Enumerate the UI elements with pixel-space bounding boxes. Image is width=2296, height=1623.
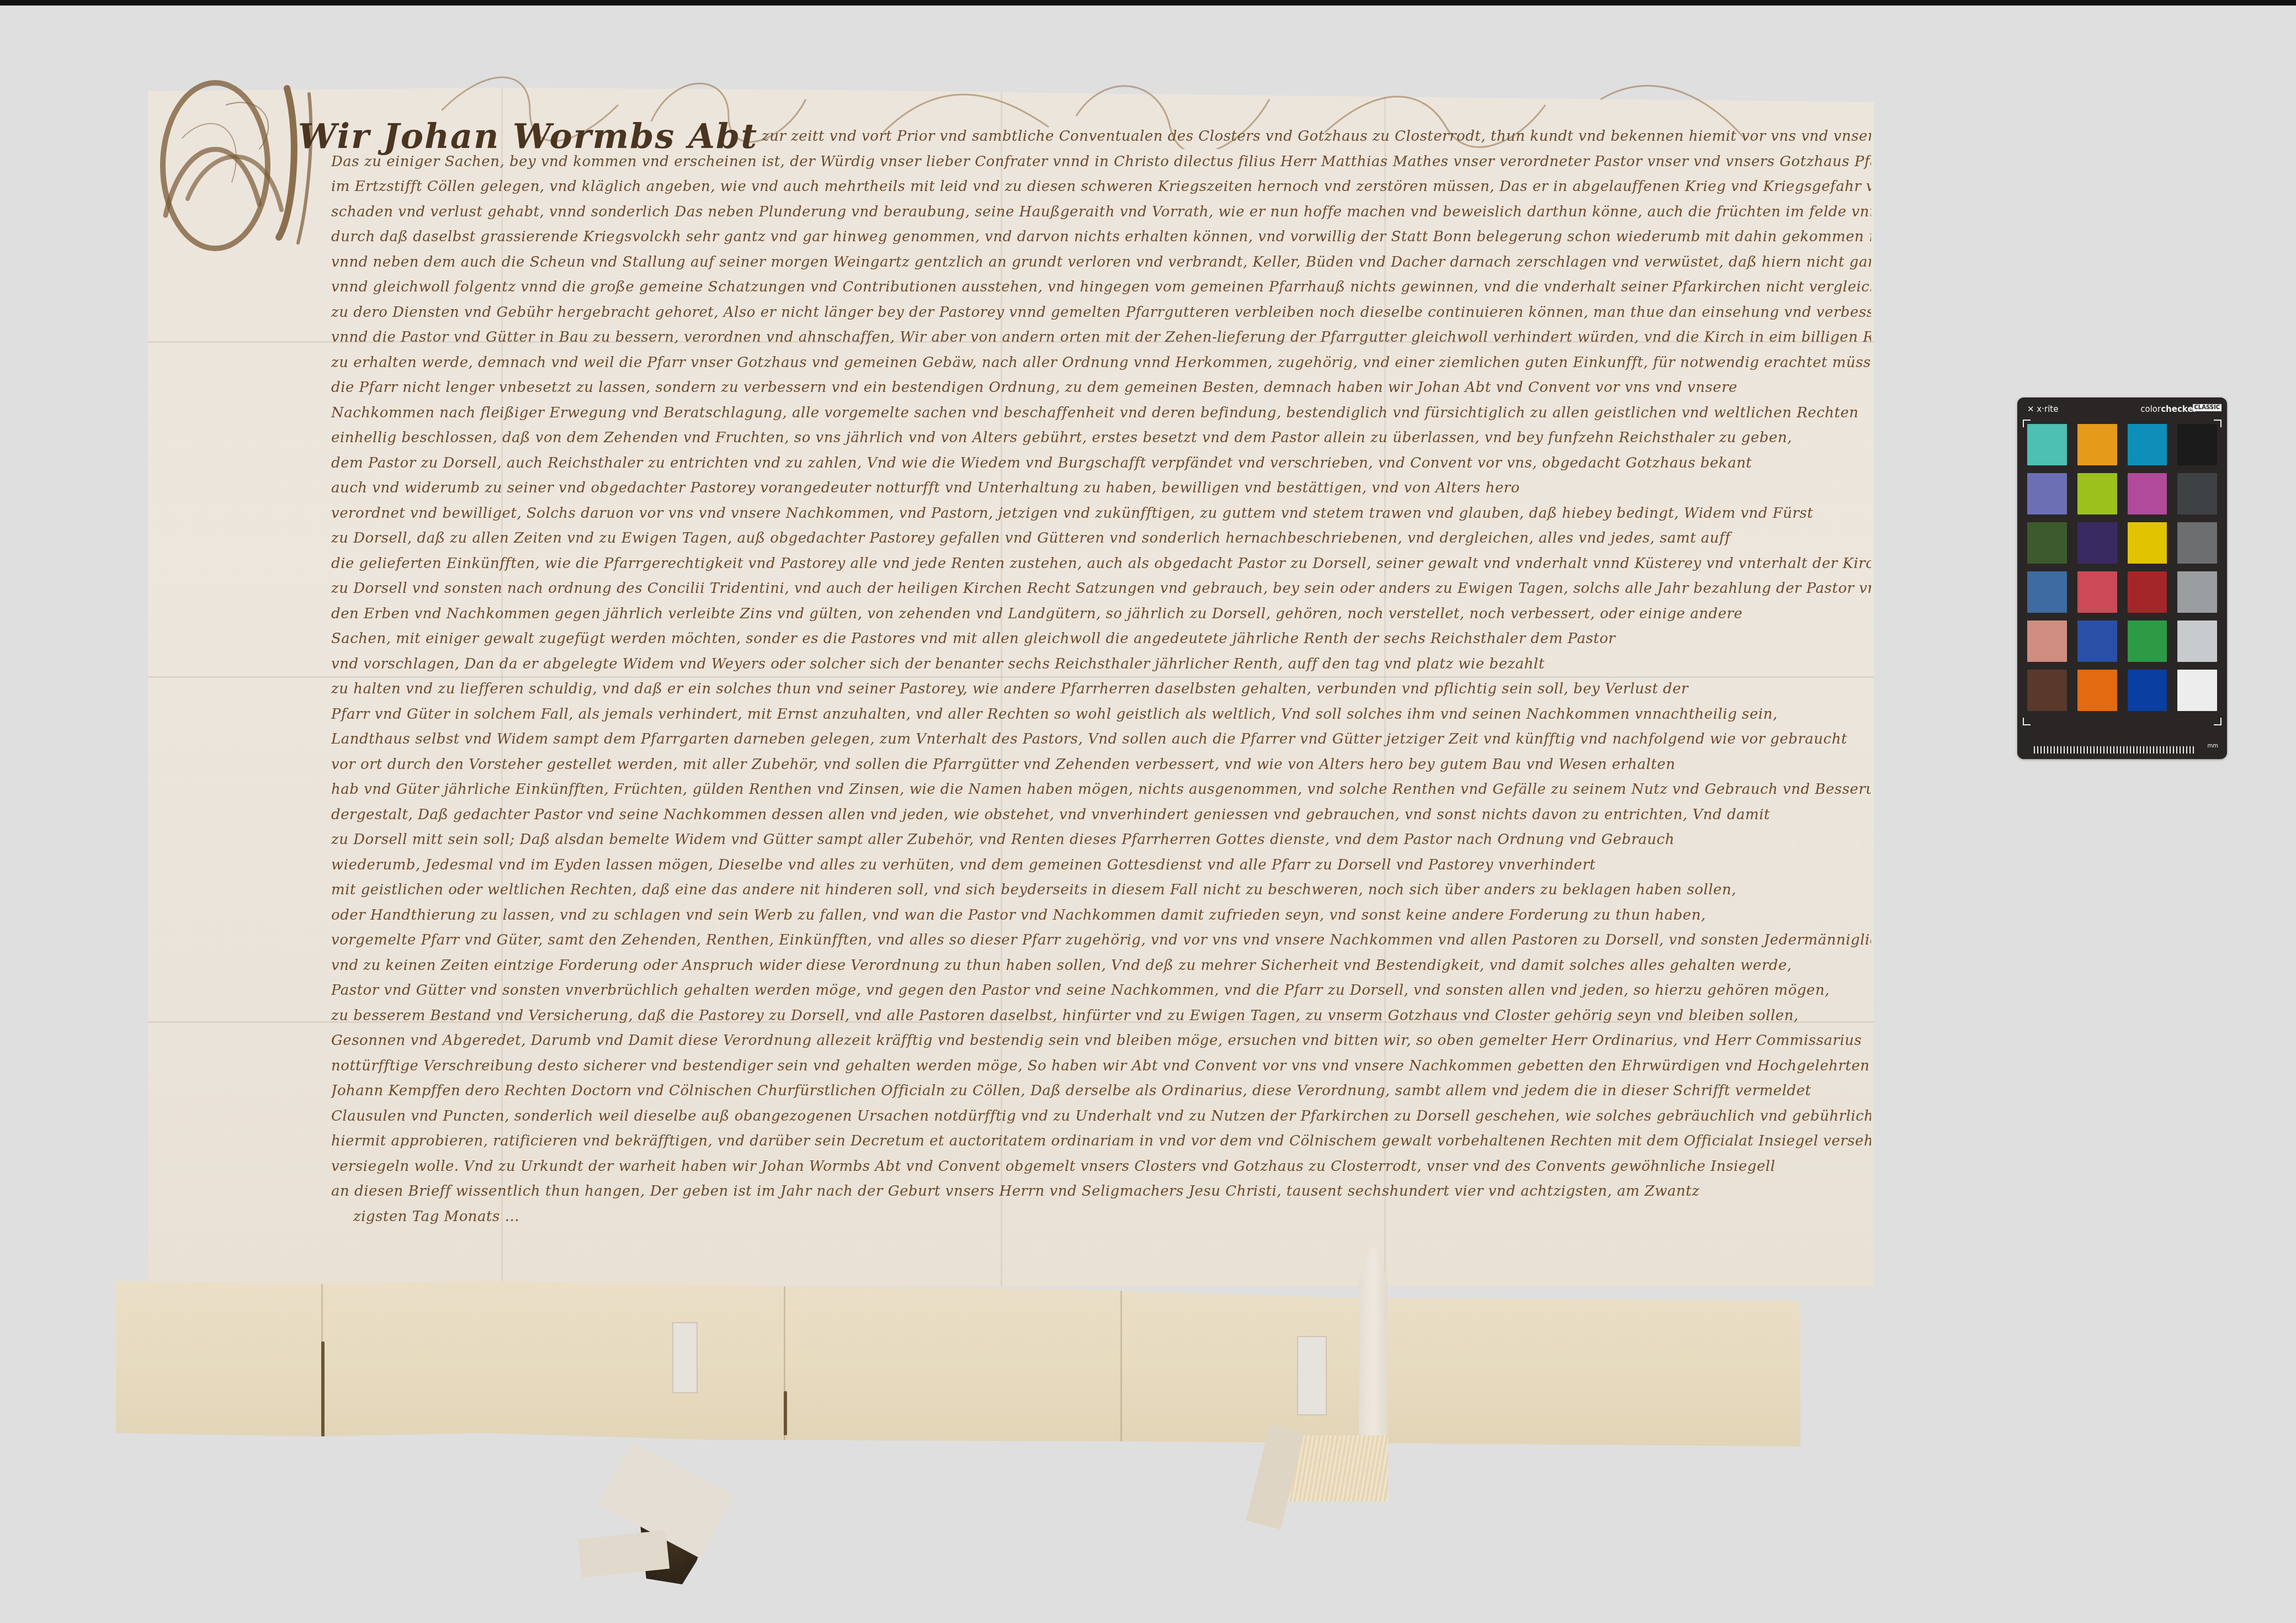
charter-text: zur zeitt vnd vort Prior vnd sambtliche … — [331, 124, 1871, 1229]
scale-unit-label: mm — [2208, 743, 2218, 749]
color-patch — [2177, 620, 2217, 662]
color-patch — [2128, 620, 2167, 662]
color-checker-card: ✕ x·rite colorchecker CLASSIC mm — [2017, 397, 2227, 759]
color-patch — [2027, 620, 2067, 662]
color-patch — [2027, 522, 2067, 564]
corner-mark — [2023, 718, 2031, 725]
text-line: einhellig beschlossen, daß von dem Zehen… — [331, 426, 1871, 451]
corner-mark — [2214, 718, 2221, 725]
color-patch — [2077, 670, 2117, 711]
text-line: auch vnd widerumb zu seiner vnd obgedach… — [331, 476, 1871, 501]
text-line: zu halten vnd zu liefferen schuldig, vnd… — [331, 677, 1871, 702]
color-patch — [2177, 522, 2217, 564]
color-patch — [2027, 670, 2067, 711]
text-line: vorgemelte Pfarr vnd Güter, samt den Zeh… — [331, 928, 1871, 953]
plica-folded-edge — [116, 1281, 1800, 1446]
text-line: Pfarr vnd Güter in solchem Fall, als jem… — [331, 702, 1871, 728]
text-line: vnnd gleichwoll folgentz vnnd die große … — [331, 275, 1871, 300]
text-line: im Ertzstifft Cöllen gelegen, vnd klägli… — [331, 174, 1871, 200]
text-line: dem Pastor zu Dorsell, auch Reichsthaler… — [331, 451, 1871, 476]
product-name: colorchecker — [2140, 404, 2197, 414]
plica-tear — [321, 1341, 325, 1441]
color-patch — [2027, 473, 2067, 515]
product-name-bold: checker — [2161, 404, 2197, 414]
color-patch — [2128, 522, 2167, 564]
seal-slit-right — [1297, 1336, 1327, 1415]
classic-badge: CLASSIC — [2193, 404, 2221, 411]
text-line: zigsten Tag Monats ... — [353, 1205, 1871, 1230]
text-line: oder Handthierung zu lassen, vnd zu schl… — [331, 903, 1871, 929]
text-line: verordnet vnd bewilliget, Solchs daruon … — [331, 501, 1871, 527]
text-line: hab vnd Güter jährliche Einkünfften, Frü… — [331, 777, 1871, 803]
color-patch — [2177, 424, 2217, 465]
text-line: wiederumb, Jedesmal vnd im Eyden lassen … — [331, 853, 1871, 878]
color-patch — [2177, 473, 2217, 515]
text-line: Landthaus selbst vnd Widem sampt dem Pfa… — [331, 727, 1871, 752]
color-patch — [2027, 571, 2067, 613]
text-line: schaden vnd verlust gehabt, vnnd sonderl… — [331, 200, 1871, 225]
text-line: an diesen Brieff wissentlich thun hangen… — [331, 1179, 1871, 1205]
product-name-light: color — [2140, 404, 2161, 414]
brand-label: x·rite — [2037, 404, 2058, 414]
text-line: zu Dorsell, daß zu allen Zeiten vnd zu E… — [331, 526, 1871, 551]
mm-scale-ruler — [2034, 741, 2194, 754]
color-patch — [2077, 620, 2117, 662]
text-line: Das zu einiger Sachen, bey vnd kommen vn… — [331, 150, 1871, 175]
color-patch — [2128, 670, 2167, 711]
text-line: vnd vorschlagen, Dan da er abgelegte Wid… — [331, 652, 1871, 677]
plica-tear — [784, 1391, 787, 1435]
xrite-logo: ✕ x·rite — [2027, 404, 2058, 414]
text-line: Sachen, mit einiger gewalt zugefügt werd… — [331, 627, 1871, 652]
color-patch — [2128, 424, 2167, 465]
top-black-strip — [0, 0, 2296, 6]
text-line: Johann Kempffen dero Rechten Doctorn vnd… — [331, 1079, 1871, 1104]
plica-crease — [1120, 1281, 1122, 1446]
text-line: die gelieferten Einkünfften, wie die Pfa… — [331, 551, 1871, 577]
color-patch — [2128, 571, 2167, 613]
text-line: zur zeitt vnd vort Prior vnd sambtliche … — [762, 124, 1871, 150]
decorated-initial-w-icon — [149, 72, 331, 270]
text-line: vnd zu keinen Zeiten eintzige Forderung … — [331, 953, 1871, 979]
text-line: hiermit approbieren, ratificieren vnd be… — [331, 1129, 1871, 1154]
color-patch — [2128, 473, 2167, 515]
text-line: Gesonnen vnd Abgeredet, Darumb vnd Damit… — [331, 1028, 1871, 1054]
color-patch — [2077, 522, 2117, 564]
color-patch — [2077, 571, 2117, 613]
text-line: vnnd die Pastor vnd Gütter in Bau zu bes… — [331, 325, 1871, 351]
seal-slit-left — [672, 1322, 698, 1393]
color-patch-grid — [2027, 424, 2217, 711]
color-patch — [2177, 670, 2217, 711]
text-line: nottürfftige Verschreibung desto sichere… — [331, 1054, 1871, 1079]
color-patch — [2027, 424, 2067, 465]
text-line: zu Dorsell mitt sein soll; Daß alsdan be… — [331, 828, 1871, 853]
text-line: zu Dorsell vnd sonsten nach ordnung des … — [331, 576, 1871, 602]
text-line: vnnd neben dem auch die Scheun vnd Stall… — [331, 250, 1871, 275]
text-line: Clausulen vnd Puncten, sonderlich weil d… — [331, 1104, 1871, 1129]
text-line: den Erben vnd Nachkommen gegen jährlich … — [331, 602, 1871, 627]
xrite-mark-icon: ✕ — [2027, 404, 2034, 414]
text-line: zu dero Diensten vnd Gebühr hergebracht … — [331, 300, 1871, 326]
text-line: Nachkommen nach fleißiger Erwegung vnd B… — [331, 401, 1871, 426]
text-line: zu besserem Bestand vnd Versicherung, da… — [331, 1004, 1871, 1029]
color-patch — [2077, 473, 2117, 515]
text-line: vor ort durch den Vorsteher gestellet we… — [331, 752, 1871, 778]
text-line: Pastor vnd Gütter vnd sonsten vnverbrüch… — [331, 978, 1871, 1004]
text-line: mit geistlichen oder weltlichen Rechten,… — [331, 878, 1871, 903]
color-patch — [2077, 424, 2117, 465]
text-line: zu erhalten werde, demnach vnd weil die … — [331, 351, 1871, 376]
color-patch — [2177, 571, 2217, 613]
text-line: die Pfarr nicht lenger vnbesetzt zu lass… — [331, 375, 1871, 401]
text-line: durch daß daselbst grassierende Kriegsvo… — [331, 225, 1871, 250]
text-line: versiegeln wolle. Vnd zu Urkundt der war… — [331, 1154, 1871, 1180]
text-line: dergestalt, Daß gedachter Pastor vnd sei… — [331, 803, 1871, 828]
